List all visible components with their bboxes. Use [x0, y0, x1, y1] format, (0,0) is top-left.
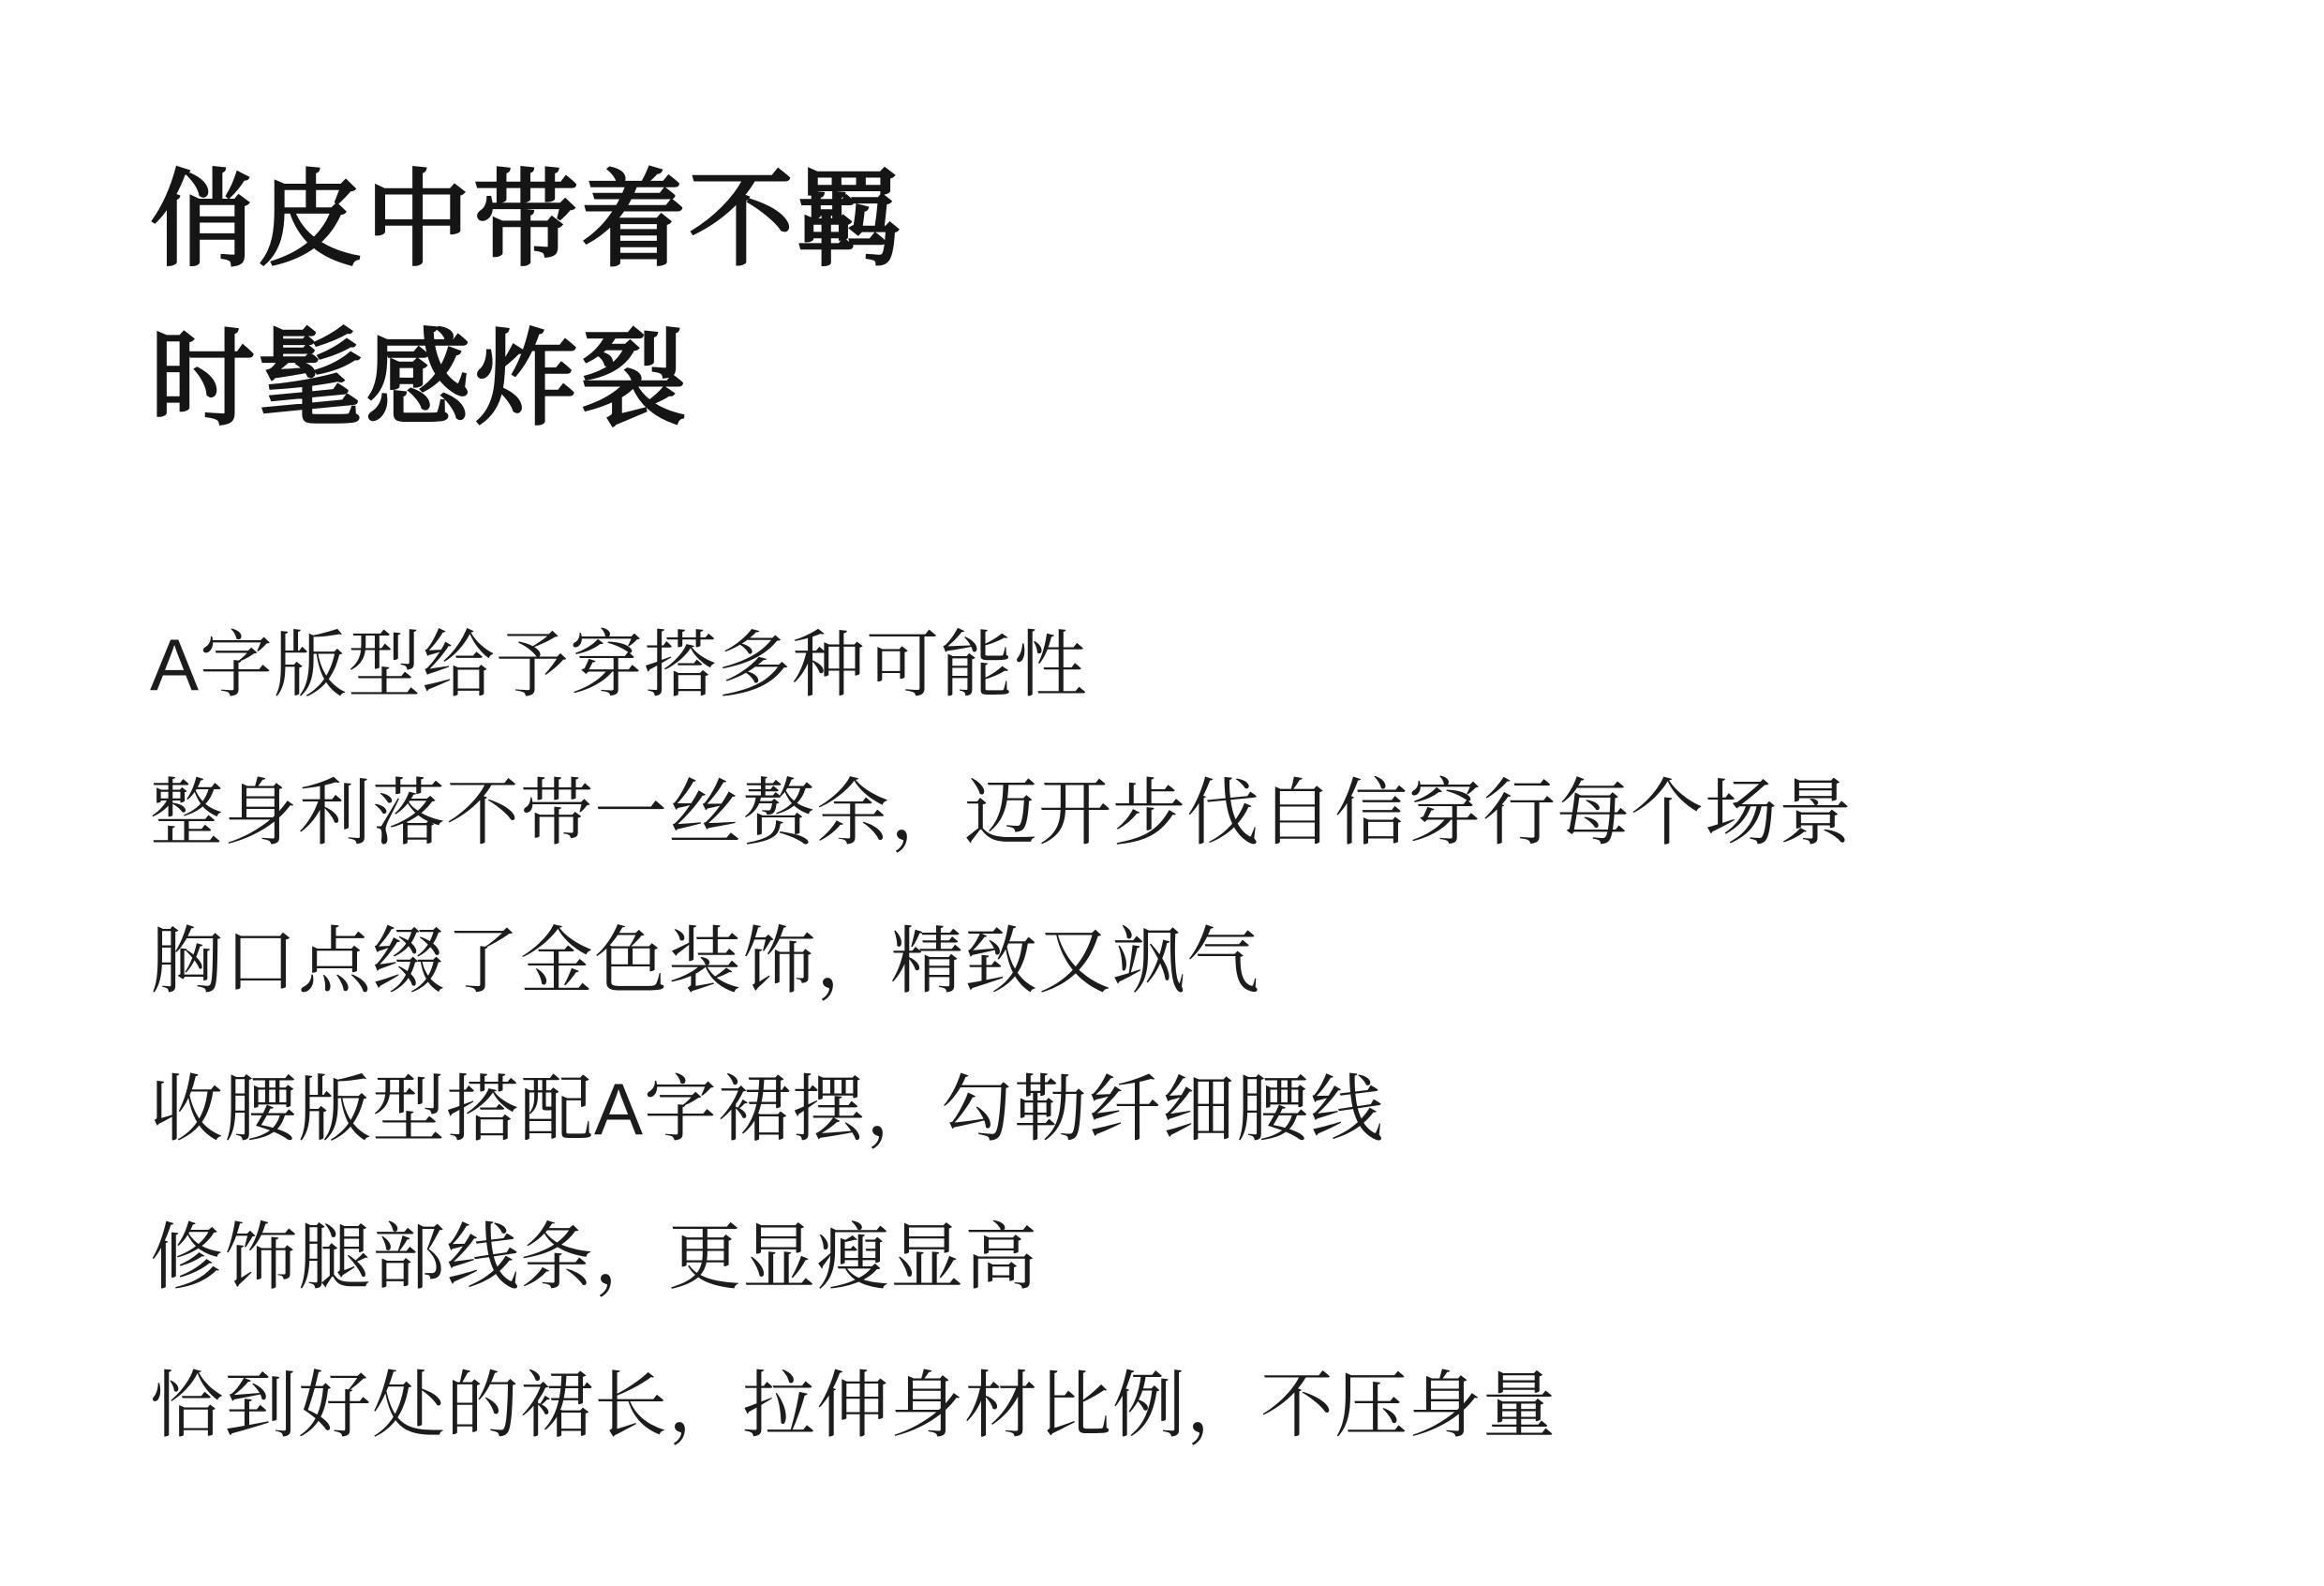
body-line-gold-accent: 胸口点缀了金色装饰，精致又飒气	[150, 887, 2212, 1035]
body-copy: A字版型给予穿搭多种可能性 整身利落不带一丝赘余，迈开步伐自信穿行每个场景 胸口…	[150, 591, 2212, 1479]
headline-line-1: 俏皮中带着不羁	[150, 141, 2212, 300]
headline: 俏皮中带着不羁 时髦感炸裂	[150, 141, 2212, 459]
body-line-length: 恰到好处的裙长，拉伸身材比例，不压身量	[150, 1331, 2212, 1479]
headline-line-2: 时髦感炸裂	[150, 300, 2212, 459]
body-line-fit: A字版型给予穿搭多种可能性	[150, 591, 2212, 739]
body-line-silhouette: 整身利落不带一丝赘余，迈开步伐自信穿行每个场景	[150, 739, 2212, 887]
product-description-page: 俏皮中带着不羁 时髦感炸裂 A字版型给予穿搭多种可能性 整身利落不带一丝赘余，迈…	[0, 0, 2324, 1586]
body-line-waist: 收腰版型搭配A字裙摆，勾勒纤细腰线	[150, 1035, 2212, 1183]
body-line-legs: 修饰腿部线条，更显瘦显高	[150, 1183, 2212, 1331]
